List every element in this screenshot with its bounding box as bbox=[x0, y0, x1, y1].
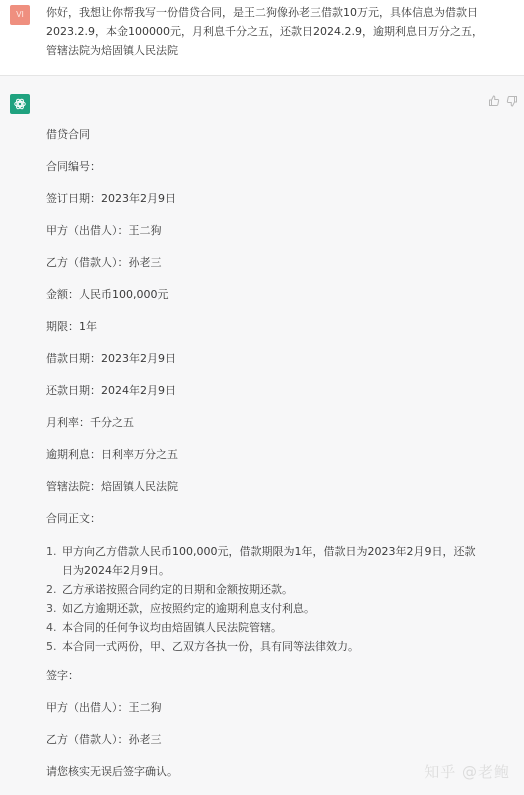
clause-number: 2. bbox=[46, 580, 62, 599]
thumbs-down-icon[interactable] bbox=[506, 95, 518, 107]
clause-item: 3. 如乙方逾期还款，应按照约定的逾期利息支付利息。 bbox=[46, 599, 486, 618]
signature-party-a: 甲方（出借人）：王二狗 bbox=[46, 700, 162, 716]
jurisdiction-court: 管辖法院：焙固镇人民法院 bbox=[46, 479, 178, 495]
watermark: 知乎 @老鲍 bbox=[424, 761, 510, 782]
clause-number: 1. bbox=[46, 542, 62, 580]
contract-title: 借贷合同 bbox=[46, 127, 90, 143]
clause-number: 3. bbox=[46, 599, 62, 618]
contract-body-heading: 合同正文： bbox=[46, 511, 101, 527]
user-message-text: 你好，我想让你帮我写一份借贷合同，是王二狗像孙老三借款10万元，具体信息为借款日… bbox=[46, 3, 486, 60]
overdue-interest: 逾期利息：日利率万分之五 bbox=[46, 447, 178, 463]
party-a: 甲方（出借人）：王二狗 bbox=[46, 223, 162, 239]
clause-number: 4. bbox=[46, 618, 62, 637]
clause-item: 5. 本合同一式两份，甲、乙双方各执一份，具有同等法律效力。 bbox=[46, 637, 486, 656]
amount: 金额：人民币100,000元 bbox=[46, 287, 169, 303]
confirmation-note: 请您核实无误后签字确认。 bbox=[46, 764, 178, 780]
clause-item: 1. 甲方向乙方借款人民币100,000元，借款期限为1年，借款日为2023年2… bbox=[46, 542, 486, 580]
party-b: 乙方（借款人）：孙老三 bbox=[46, 255, 162, 271]
clause-item: 4. 本合同的任何争议均由焙固镇人民法院管辖。 bbox=[46, 618, 486, 637]
clause-item: 2. 乙方承诺按照合同约定的日期和金额按期还款。 bbox=[46, 580, 486, 599]
clause-text: 本合同一式两份，甲、乙双方各执一份，具有同等法律效力。 bbox=[62, 637, 486, 656]
clause-text: 乙方承诺按照合同约定的日期和金额按期还款。 bbox=[62, 580, 486, 599]
signing-date: 签订日期：2023年2月9日 bbox=[46, 191, 176, 207]
clause-text: 本合同的任何争议均由焙固镇人民法院管辖。 bbox=[62, 618, 486, 637]
signature-party-b: 乙方（借款人）：孙老三 bbox=[46, 732, 162, 748]
assistant-message: 借贷合同 合同编号： 签订日期：2023年2月9日 甲方（出借人）：王二狗 乙方… bbox=[0, 76, 524, 794]
openai-logo-icon bbox=[13, 97, 27, 111]
clause-text: 甲方向乙方借款人民币100,000元，借款期限为1年，借款日为2023年2月9日… bbox=[62, 542, 486, 580]
monthly-rate: 月利率：千分之五 bbox=[46, 415, 134, 431]
loan-date: 借款日期：2023年2月9日 bbox=[46, 351, 176, 367]
contract-clauses: 1. 甲方向乙方借款人民币100,000元，借款期限为1年，借款日为2023年2… bbox=[46, 542, 486, 656]
user-message: VI 你好，我想让你帮我写一份借贷合同，是王二狗像孙老三借款10万元，具体信息为… bbox=[0, 0, 524, 76]
clause-text: 如乙方逾期还款，应按照约定的逾期利息支付利息。 bbox=[62, 599, 486, 618]
contract-number: 合同编号： bbox=[46, 159, 101, 175]
feedback-buttons bbox=[488, 95, 518, 107]
user-avatar: VI bbox=[10, 5, 30, 25]
repayment-date: 还款日期：2024年2月9日 bbox=[46, 383, 176, 399]
signature-heading: 签字： bbox=[46, 668, 79, 684]
thumbs-up-icon[interactable] bbox=[488, 95, 500, 107]
clause-number: 5. bbox=[46, 637, 62, 656]
assistant-avatar bbox=[10, 94, 30, 114]
term: 期限：1年 bbox=[46, 319, 97, 335]
